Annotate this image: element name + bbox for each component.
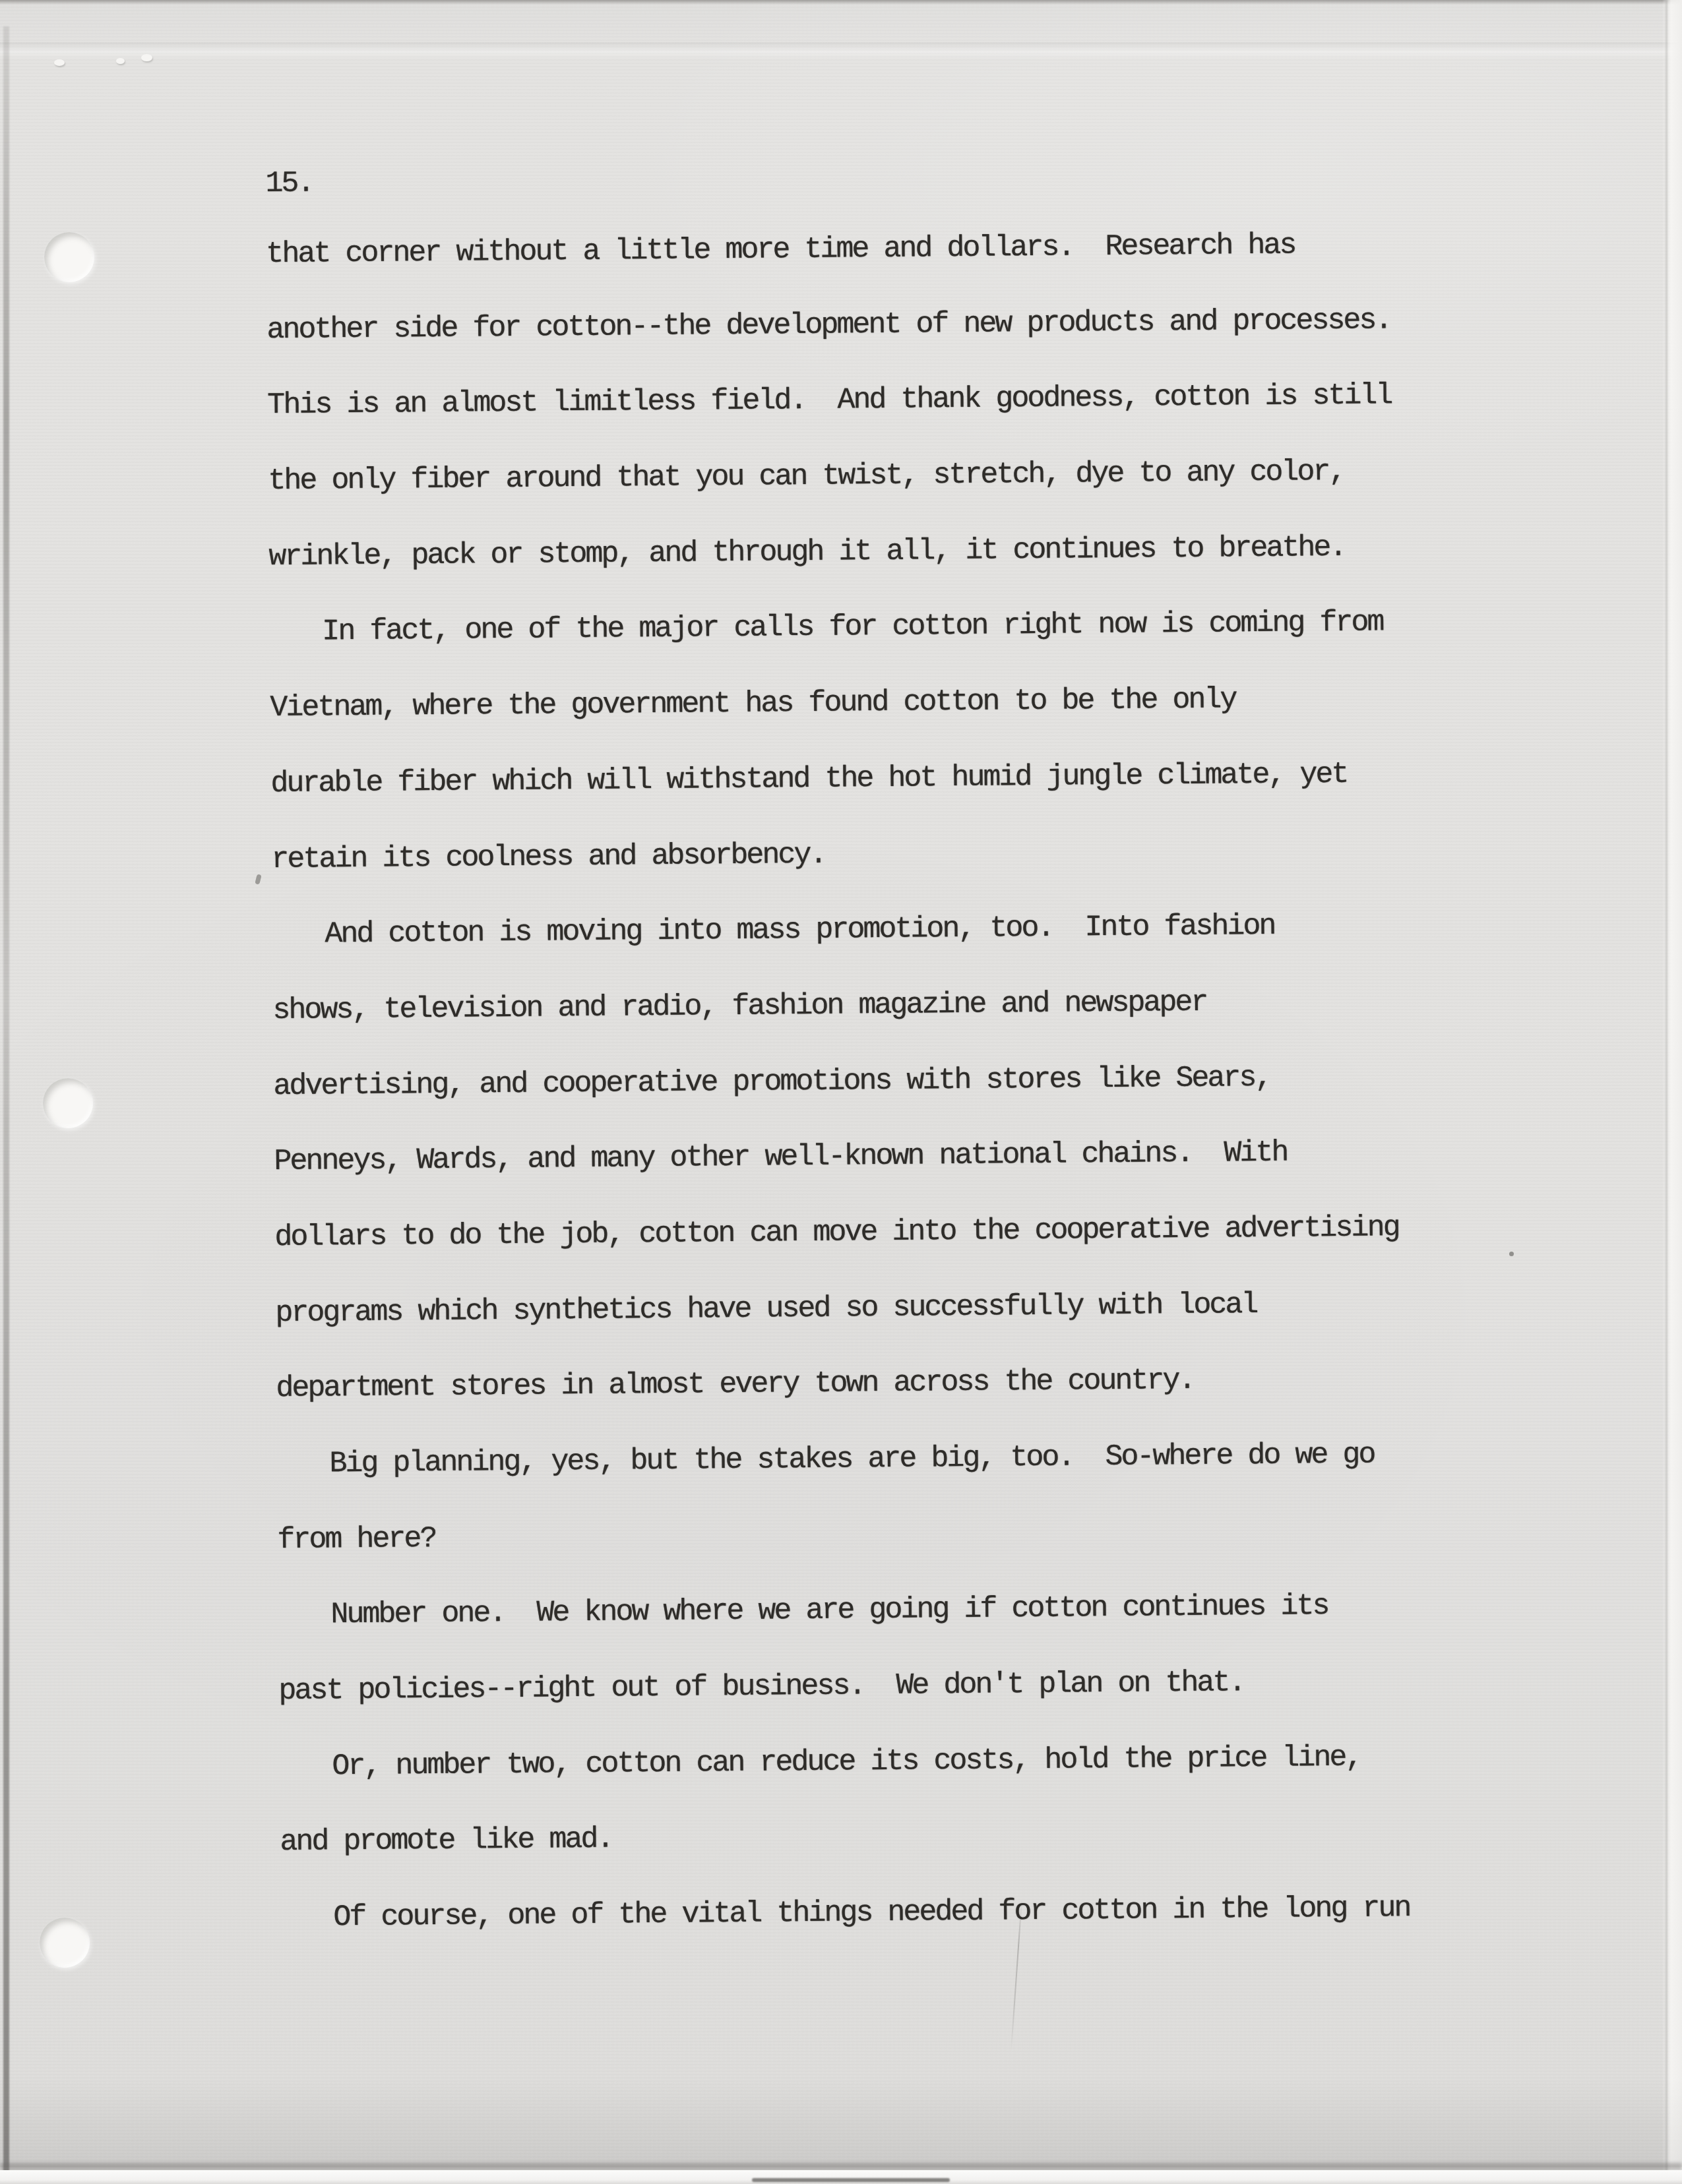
text-line: Vietnam, where the government has found …: [270, 661, 1400, 746]
text-line: another side for cotton--the development…: [266, 283, 1396, 369]
text-line: that corner without a little more time a…: [266, 207, 1396, 293]
text-line: Or, number two, cotton can reduce its co…: [279, 1720, 1409, 1805]
text-line: programs which synthetics have used so s…: [275, 1266, 1405, 1352]
scanned-document-page: 15. that corner without a little more ti…: [0, 0, 1682, 2184]
text-line: Number one. We know where we are going i…: [278, 1568, 1408, 1654]
text-line: This is an almost limitless field. And t…: [267, 359, 1397, 444]
text-line: department stores in almost every town a…: [276, 1341, 1406, 1427]
text-line: And cotton is moving into mass promotion…: [272, 888, 1402, 973]
text-line: advertising, and cooperative promotions …: [273, 1039, 1403, 1125]
text-line: from here?: [277, 1493, 1407, 1579]
page-number: 15.: [265, 146, 313, 222]
text-line: shows, television and radio, fashion mag…: [272, 963, 1402, 1049]
text-line: Big planning, yes, but the stakes are bi…: [276, 1417, 1406, 1503]
text-line: and promote like mad.: [280, 1796, 1410, 1881]
body-text: that corner without a little more time a…: [266, 207, 1410, 1957]
text-line: dollars to do the job, cotton can move i…: [274, 1190, 1404, 1276]
text-line: the only fiber around that you can twist…: [268, 434, 1398, 520]
text-line: Penneys, Wards, and many other well-know…: [274, 1114, 1404, 1200]
text-line: durable fiber which will withstand the h…: [270, 737, 1400, 822]
text-line: retain its coolness and absorbency.: [271, 812, 1401, 898]
typed-content: 15. that corner without a little more ti…: [0, 0, 1682, 2184]
text-line: wrinkle, pack or stomp, and through it a…: [268, 510, 1398, 595]
text-line: Of course, one of the vital things neede…: [280, 1871, 1410, 1957]
text-line: past policies--right out of business. We…: [278, 1644, 1408, 1730]
text-line: In fact, one of the major calls for cott…: [269, 586, 1399, 671]
